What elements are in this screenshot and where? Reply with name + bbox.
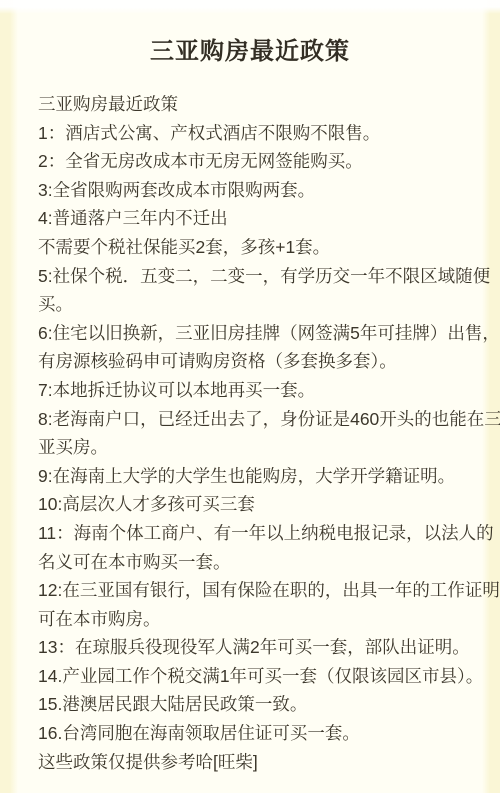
text-line-policy-3: 3:全省限购两套改成本市限购两套。 xyxy=(38,176,478,205)
text-line-policy-9: 9:在海南上大学的大学生也能购房，大学开学籍证明。 xyxy=(38,462,478,491)
text-line-policy-13: 13：在琼服兵役现役军人满2年可买一套，部队出证明。 xyxy=(38,633,478,662)
text-line-policy-14: 14.产业园工作个税交满1年可买一套（仅限该园区市县）。 xyxy=(38,662,478,691)
text-line-policy-12: 12:在三亚国有银行，国有保险在职的，出具一年的工作证明 xyxy=(38,576,478,605)
text-line-policy-4: 4:普通落户三年内不迁出 xyxy=(38,204,478,233)
text-line-policy-6: 6:住宅以旧换新，三亚旧房挂牌（网签满5年可挂牌）出售， xyxy=(38,319,478,348)
text-line-policy-8: 8:老海南户口，已经迁出去了，身份证是460开头的也能在三 xyxy=(38,405,478,434)
policy-note-page: 三亚购房最近政策 三亚购房最近政策 1：酒店式公寓、产权式酒店不限购不限售。 2… xyxy=(0,0,500,793)
text-line-footer-note: 这些政策仅提供参考哈[旺柴] xyxy=(38,748,478,777)
text-line-policy-5: 5:社保个税．五变二，二变一，有学历交一年不限区域随便 xyxy=(38,262,478,291)
text-line-policy-15: 15.港澳居民跟大陆居民政策一致。 xyxy=(38,690,478,719)
text-line-policy-8-cont: 亚买房。 xyxy=(38,433,478,462)
text-line-policy-10: 10:高层次人才多孩可买三套 xyxy=(38,490,478,519)
text-line-policy-7: 7:本地拆迁协议可以本地再买一套。 xyxy=(38,376,478,405)
text-line-policy-1: 1：酒店式公寓、产权式酒店不限购不限售。 xyxy=(38,119,478,148)
text-line-policy-11-cont: 名义可在本市购买一套。 xyxy=(38,548,478,577)
text-line-policy-11: 11：海南个体工商户、有一年以上纳税电报记录，以法人的 xyxy=(38,519,478,548)
page-title: 三亚购房最近政策 xyxy=(0,31,500,66)
text-line-policy-4-cont: 不需要个税社保能买2套，多孩+1套。 xyxy=(38,233,478,262)
text-line-policy-5-cont: 买。 xyxy=(38,290,478,319)
text-line-policy-16: 16.台湾同胞在海南领取居住证可买一套。 xyxy=(38,719,478,748)
policy-text-block: 三亚购房最近政策 1：酒店式公寓、产权式酒店不限购不限售。 2：全省无房改成本市… xyxy=(38,90,478,776)
text-line-policy-2: 2：全省无房改成本市无房无网签能购买。 xyxy=(38,147,478,176)
text-line-policy-12-cont: 可在本市购房。 xyxy=(38,605,478,634)
text-line-policy-6-cont: 有房源核验码申可请购房资格（多套换多套）。 xyxy=(38,347,478,376)
text-line-intro: 三亚购房最近政策 xyxy=(38,90,478,119)
